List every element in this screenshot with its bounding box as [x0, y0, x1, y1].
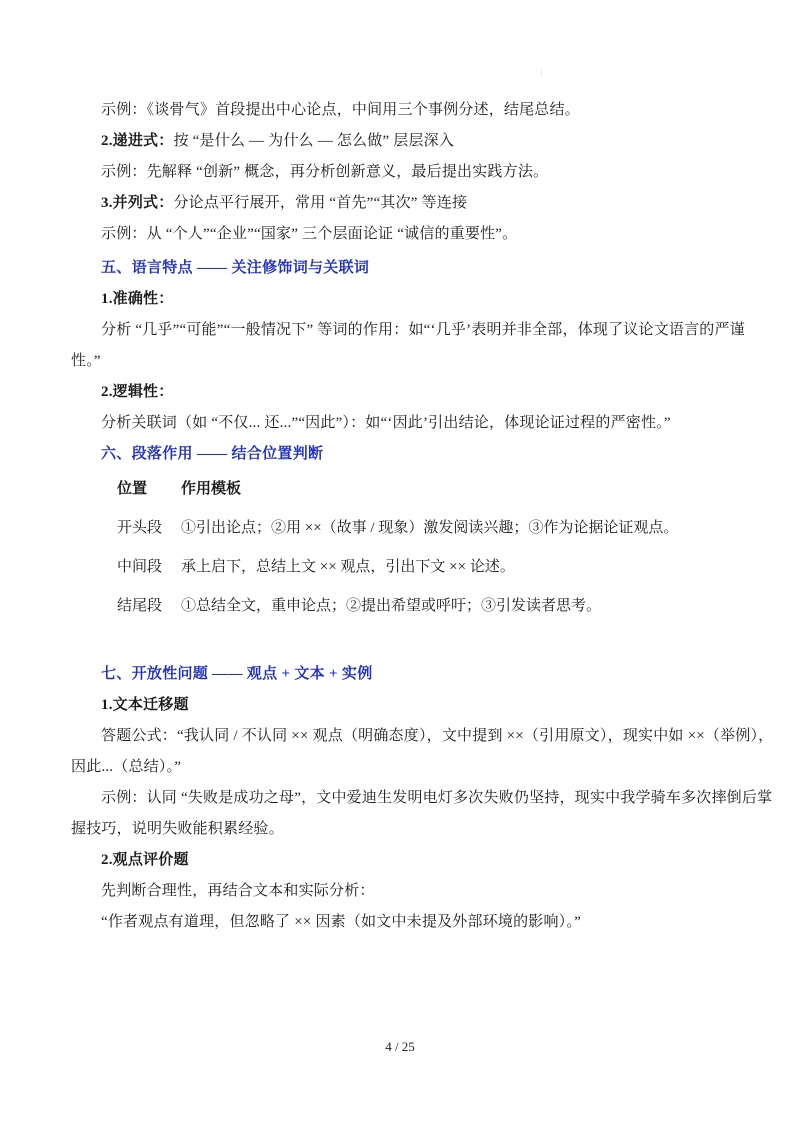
table-row: 中间段 承上启下，总结上文 ×× 观点，引出下文 ×× 论述。	[117, 548, 773, 587]
item-label: 1.准确性：	[101, 291, 173, 307]
paragraph-text: 分析 “几乎”“可能”“一般情况下” 等词的作用：如“‘几乎’表明并非全部，体现…	[71, 322, 745, 369]
list-item-parallel: 3.并列式：分论点平行展开，常用 “首先”“其次” 等连接	[71, 188, 774, 219]
subitem-accuracy-title: 1.准确性：	[71, 284, 774, 315]
paragraph-text: 示例：从 “个人”“企业”“国家” 三个层面论证 “诚信的重要性”。	[101, 226, 517, 242]
item-label: 1.文本迁移题	[101, 697, 189, 713]
column-header-position: 位置	[117, 470, 181, 509]
paragraph-text: “作者观点有道理，但忽略了 ×× 因素（如文中未提及外部环境的影响）。”	[101, 914, 581, 930]
paragraph-example-parallel: 示例：从 “个人”“企业”“国家” 三个层面论证 “诚信的重要性”。	[71, 219, 774, 250]
page-number-indicator: 4 / 25	[0, 1039, 800, 1055]
list-item-progressive: 2.递进式：按 “是什么 — 为什么 — 怎么做” 层层深入	[71, 126, 774, 157]
column-header-template: 作用模板	[181, 470, 773, 509]
section-heading-paragraph-function: 六、段落作用 —— 结合位置判断	[71, 439, 774, 470]
document-body: 示例：《谈骨气》首段提出中心论点，中间用三个事例分述，结尾总结。 2.递进式：按…	[71, 95, 774, 938]
item-text: 分论点平行展开，常用 “首先”“其次” 等连接	[173, 195, 467, 211]
cell-template: 承上启下，总结上文 ×× 观点，引出下文 ×× 论述。	[181, 548, 773, 587]
cell-position: 开头段	[117, 509, 181, 548]
item-label: 2.逻辑性：	[101, 384, 173, 400]
paragraph-text: 示例：先解释 “创新” 概念，再分析创新意义，最后提出实践方法。	[101, 164, 548, 180]
paragraph-text: 答题公式：“我认同 / 不认同 ×× 观点（明确态度），文中提到 ××（引用原文…	[71, 728, 773, 775]
paragraph-transfer-example: 示例：认同 “失败是成功之母”，文中爱迪生发明电灯多次失败仍坚持，现实中我学骑车…	[71, 783, 774, 845]
item-text: 按 “是什么 — 为什么 — 怎么做” 层层深入	[173, 133, 454, 149]
cell-position: 中间段	[117, 548, 181, 587]
table-header-row: 位置 作用模板	[117, 470, 773, 509]
paragraph-example-structure: 示例：《谈骨气》首段提出中心论点，中间用三个事例分述，结尾总结。	[71, 95, 774, 126]
paragraph-accuracy-analysis: 分析 “几乎”“可能”“一般情况下” 等词的作用：如“‘几乎’表明并非全部，体现…	[71, 315, 774, 377]
scan-artifact-mark: ⁝	[540, 69, 542, 78]
document-page: ⁝ 示例：《谈骨气》首段提出中心论点，中间用三个事例分述，结尾总结。 2.递进式…	[0, 0, 800, 1132]
paragraph-evaluation-formula: “作者观点有道理，但忽略了 ×× 因素（如文中未提及外部环境的影响）。”	[71, 907, 774, 938]
cell-template: ①引出论点；②用 ××（故事 / 现象）激发阅读兴趣；③作为论据论证观点。	[181, 509, 773, 548]
paragraph-transfer-formula: 答题公式：“我认同 / 不认同 ×× 观点（明确态度），文中提到 ××（引用原文…	[71, 721, 774, 783]
cell-template: ①总结全文，重申论点；②提出希望或呼吁；③引发读者思考。	[181, 587, 773, 626]
item-label: 3.并列式：	[101, 195, 173, 211]
cell-position: 结尾段	[117, 587, 181, 626]
table-row: 开头段 ①引出论点；②用 ××（故事 / 现象）激发阅读兴趣；③作为论据论证观点…	[117, 509, 773, 548]
paragraph-text: 示例：《谈骨气》首段提出中心论点，中间用三个事例分述，结尾总结。	[101, 102, 580, 118]
paragraph-logic-analysis: 分析关联词（如 “不仅... 还...”“因此”）：如“‘因此’引出结论，体现论…	[71, 408, 774, 439]
subitem-transfer-title: 1.文本迁移题	[71, 690, 774, 721]
subitem-logic-title: 2.逻辑性：	[71, 377, 774, 408]
item-label: 2.递进式：	[101, 133, 173, 149]
section-heading-language-features: 五、语言特点 —— 关注修饰词与关联词	[71, 253, 774, 284]
paragraph-function-table: 位置 作用模板 开头段 ①引出论点；②用 ××（故事 / 现象）激发阅读兴趣；③…	[117, 470, 773, 626]
table-row: 结尾段 ①总结全文，重申论点；②提出希望或呼吁；③引发读者思考。	[117, 587, 773, 626]
paragraph-example-progressive: 示例：先解释 “创新” 概念，再分析创新意义，最后提出实践方法。	[71, 157, 774, 188]
paragraph-text: 分析关联词（如 “不仅... 还...”“因此”）：如“‘因此’引出结论，体现论…	[101, 415, 671, 431]
section-heading-open-questions: 七、开放性问题 —— 观点 + 文本 + 实例	[71, 659, 774, 690]
paragraph-evaluation-intro: 先判断合理性，再结合文本和实际分析：	[71, 876, 774, 907]
paragraph-text: 先判断合理性，再结合文本和实际分析：	[101, 883, 375, 899]
subitem-evaluation-title: 2.观点评价题	[71, 845, 774, 876]
paragraph-text: 示例：认同 “失败是成功之母”，文中爱迪生发明电灯多次失败仍坚持，现实中我学骑车…	[71, 790, 772, 837]
item-label: 2.观点评价题	[101, 852, 189, 868]
